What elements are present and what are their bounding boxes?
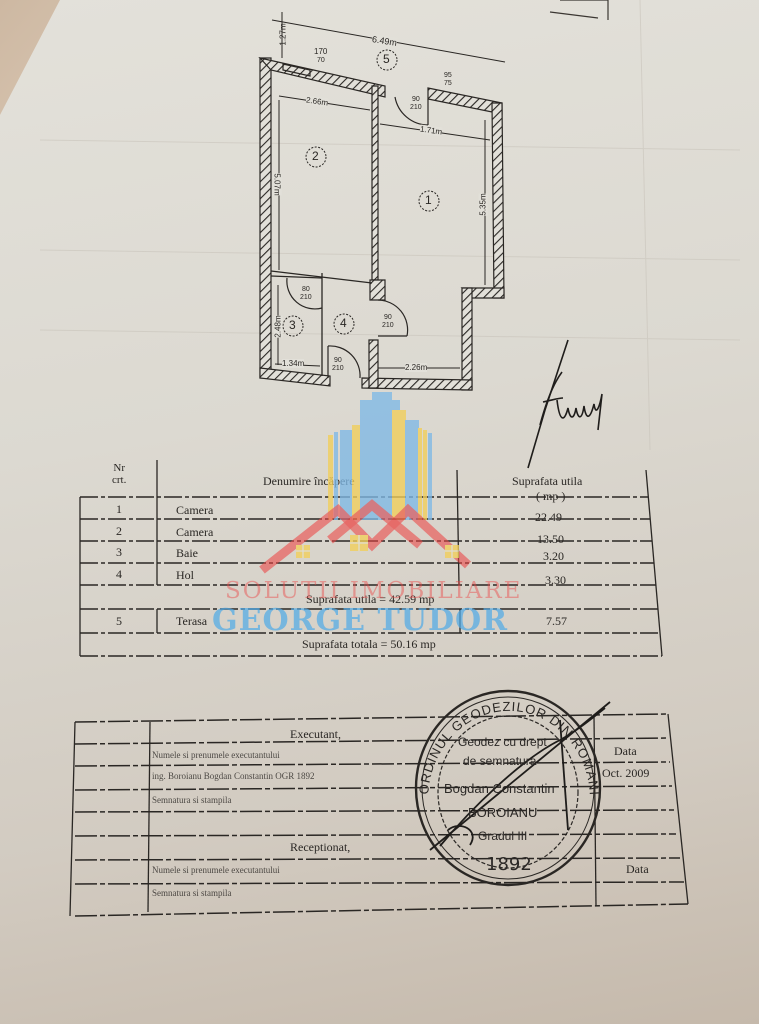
stamp-ring-text: ORDINUL GEODEZILOR DIN ROMANIA: [0, 0, 602, 796]
stamp-number: 1892: [486, 854, 532, 875]
stamp-line2: de semnatura: [463, 754, 536, 768]
stamp-line4: BOROIANU: [468, 805, 537, 820]
svg-text:ORDINUL GEODEZILOR DIN ROMANIA: ORDINUL GEODEZILOR DIN ROMANIA: [0, 0, 602, 796]
stamp-line1: Geodez cu drept: [458, 735, 547, 749]
stamp-line3: Bogdan Constantin: [444, 781, 555, 796]
stamp-line5: Gradul III: [478, 829, 527, 843]
stamp: ORDINUL GEODEZILOR DIN ROMANIA: [0, 0, 759, 1024]
